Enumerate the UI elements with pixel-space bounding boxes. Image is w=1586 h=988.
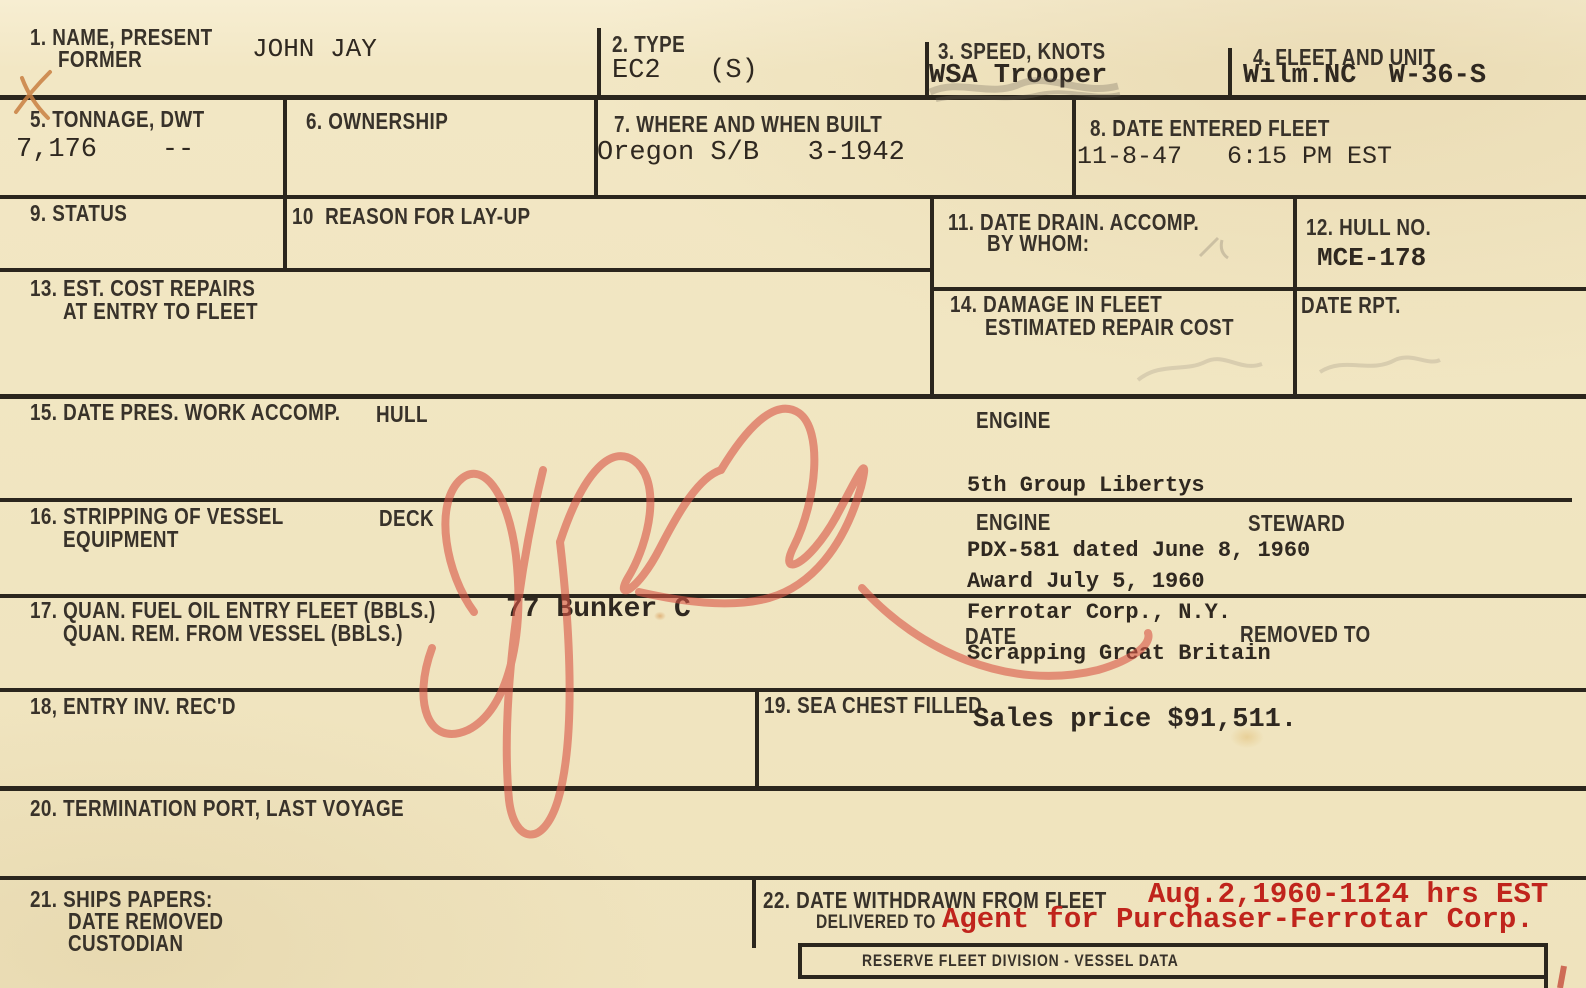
pencil-mark-hull [1200, 238, 1228, 258]
field-17-label2: QUAN. REM. FROM VESSEL (BBLS.) [63, 622, 403, 645]
divider-18-19 [755, 688, 759, 786]
engine-label-15: ENGINE [976, 409, 1051, 432]
field-8-value: 11-8-47 6:15 PM EST [1077, 144, 1392, 169]
divider-21-22 [752, 876, 756, 948]
divider-10-11 [930, 195, 934, 394]
field-22-delivered-value: Agent for Purchaser-Ferrotar Corp. [942, 905, 1534, 934]
field-6-label: 6. OWNERSHIP [306, 110, 448, 133]
field-15-label: 15. DATE PRES. WORK ACCOMP. [30, 401, 340, 424]
field-8-label: 8. DATE ENTERED FLEET [1090, 117, 1330, 140]
field-15-engine-value: 5th Group Libertys [967, 475, 1205, 497]
field-17-scrapping-value: Scrapping Great Britain [967, 643, 1271, 665]
field-13-label: 13. EST. COST REPAIRS [30, 277, 255, 300]
rule-under-row2 [0, 195, 1586, 199]
field-16-deck-label: DECK [379, 507, 434, 530]
field-20-label: 20. TERMINATION PORT, LAST VOYAGE [30, 797, 404, 820]
field-16-engine-value: PDX-581 dated June 8, 1960 [967, 540, 1310, 562]
field-1-value: JOHN JAY [252, 36, 377, 62]
red-corner-tick [1560, 966, 1564, 988]
field-17-value: 77 Bunker C [506, 596, 691, 624]
divider-9-10 [283, 195, 287, 268]
field-16-label2: EQUIPMENT [63, 528, 179, 551]
field-14-label: 14. DAMAGE IN FLEET [950, 293, 1162, 316]
field-16-label: 16. STRIPPING OF VESSEL [30, 505, 284, 528]
field-1-label2: FORMER [58, 48, 142, 71]
field-18-label: 18, ENTRY INV. REC'D [30, 695, 236, 718]
field-9-label: 9. STATUS [30, 202, 127, 225]
rule-under-status [0, 268, 932, 272]
engine-label-16: ENGINE [976, 511, 1051, 534]
field-3-label: 3. SPEED, KNOTS [938, 40, 1106, 63]
field-15-hull-label: HULL [376, 403, 428, 426]
field-10-label: 10 REASON FOR LAY-UP [292, 205, 530, 228]
pencil-scribble-damage [1138, 357, 1440, 380]
field-17-ferrotar-value: Ferrotar Corp., N.Y. [967, 602, 1231, 624]
field-14-label2: ESTIMATED REPAIR COST [985, 316, 1234, 339]
field-7-label: 7. WHERE AND WHEN BUILT [614, 113, 882, 136]
field-17-label: 17. QUAN. FUEL OIL ENTRY FLEET (BBLS.) [30, 599, 436, 622]
rule-under-15 [0, 498, 1572, 502]
field-2-value: EC2 (S) [612, 58, 758, 85]
rule-under-row1 [0, 95, 1586, 100]
date-rpt-label: DATE RPT. [1301, 294, 1401, 317]
rule-under-18 [0, 786, 1586, 791]
field-4-value: Wilm.NC W-36-S [1243, 63, 1486, 90]
field-21-label3: CUSTODIAN [68, 932, 183, 955]
field-19-value: Sales price $91,511. [973, 707, 1297, 734]
delivered-to-label: DELIVERED TO [816, 913, 936, 932]
steward-label: STEWARD [1248, 512, 1345, 535]
field-13-label2: AT ENTRY TO FLEET [63, 300, 258, 323]
divider-7-8 [1072, 95, 1076, 195]
field-12-label: 12. HULL NO. [1306, 216, 1431, 239]
divider-3-4 [1228, 48, 1232, 95]
divider-5-6 [283, 95, 287, 195]
divider-1-2 [597, 28, 601, 95]
field-7-value: Oregon S/B 3-1942 [597, 140, 905, 167]
field-16-award-value: Award July 5, 1960 [967, 571, 1205, 593]
field-12-value: MCE-178 [1317, 245, 1426, 271]
field-3-value: WSA Trooper [929, 63, 1107, 90]
field-11-label2: BY WHOM: [987, 232, 1089, 255]
divider-11-12 [1293, 195, 1297, 394]
vessel-data-card: 1. NAME, PRESENT FORMER JOHN JAY 2. TYPE… [0, 0, 1586, 988]
field-5-value: 7,176 -- [16, 137, 194, 164]
field-19-label: 19. SEA CHEST FILLED [764, 694, 982, 717]
field-5-label: 5. TONNAGE, DWT [30, 108, 205, 131]
field-2-label: 2. TYPE [612, 33, 685, 56]
reserve-fleet-stamp-text: RESERVE FLEET DIVISION - VESSEL DATA [862, 952, 1179, 969]
